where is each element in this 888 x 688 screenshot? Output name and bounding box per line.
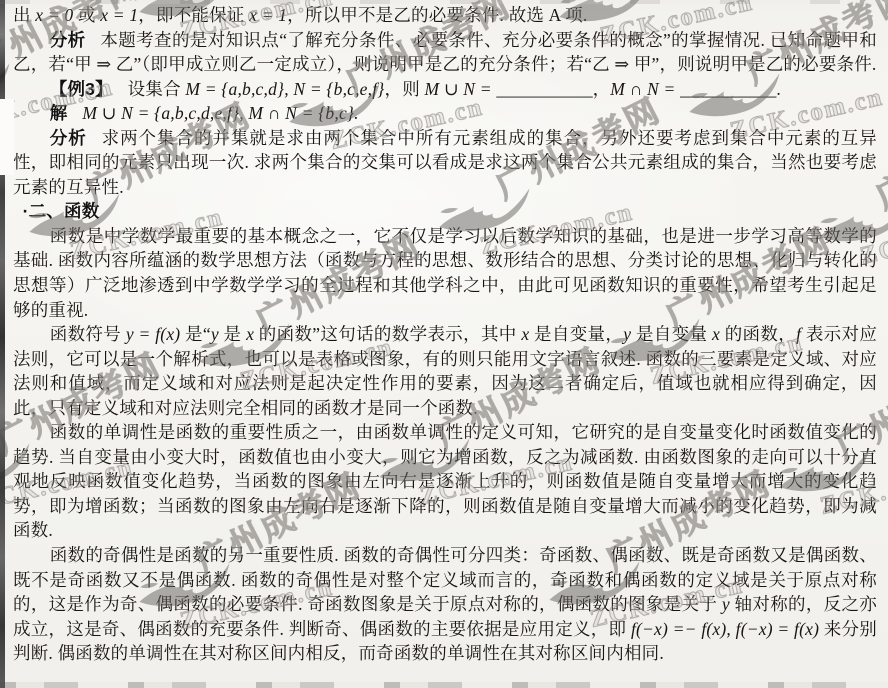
bold-label: 【例3】 xyxy=(50,79,113,99)
text-run: 求两个集合的并集就是求由两个集合中所有元素组成的集合，另外还要考虑到集合中元素的… xyxy=(13,128,877,197)
text-run: 函数是中学数学最重要的基本概念之一，它不仅是学习以后数学知识的基础，也是进一步学… xyxy=(13,226,877,320)
math-run: x = 1 xyxy=(100,5,138,25)
paragraph: 函数的奇偶性是函数的另一重要性质. 函数的奇偶性可分四类：奇函数、偶函数、既是奇… xyxy=(13,543,877,666)
math-run: x xyxy=(712,324,720,344)
scan-edge-artifact xyxy=(0,99,14,175)
math-run: ⇒ xyxy=(614,54,629,74)
text-run: 是自变量， xyxy=(529,324,623,344)
text-run: ，即不能保证 xyxy=(138,5,249,25)
bold-label: 解 xyxy=(50,103,68,123)
text-run: 的函数， xyxy=(720,324,796,344)
math-run: f(−x) =− f(x), f(−x) = f(x) xyxy=(631,619,819,639)
math-run: ⇒ xyxy=(96,54,111,74)
paragraph: 分析求两个集合的并集就是求由两个集合中所有元素组成的集合，另外还要考虑到集合中元… xyxy=(13,126,877,200)
scan-edge-artifact xyxy=(0,0,888,4)
text-run: 或 xyxy=(73,5,100,25)
bold-label: ·二、函数 xyxy=(23,201,100,221)
text-run: ，所以甲不是乙的必要条件. 故选 A 项. xyxy=(287,5,587,25)
text-run: 的函数”这句话的数学表示，其中 xyxy=(254,324,521,344)
text-run: . xyxy=(776,79,781,99)
paragraph: 分析本题考查的是对知识点“了解充分条件、必要条件、充分必要条件的概念”的掌握情况… xyxy=(13,28,877,77)
math-run: M = {a,b,c,d}, N = {b,c,e,f} xyxy=(185,79,384,99)
math-run: x = 1 xyxy=(249,5,287,25)
math-run: M ∪ N = {a,b,c,d,e,f}, M ∩ N = {b,c}. xyxy=(82,103,358,123)
math-run: x xyxy=(246,324,254,344)
paragraph: 函数的单调性是函数的重要性质之一，由函数单调性的定义可知，它研究的是自变量变化时… xyxy=(13,420,877,543)
math-run: y xyxy=(211,324,219,344)
section-heading: ·二、函数 xyxy=(13,199,877,224)
math-run: M ∪ N = xyxy=(424,79,496,99)
text-run: 乙”（即甲成立则乙一定成立），则说明甲是乙的充分条件；若“乙 xyxy=(111,54,614,74)
text-run: ， xyxy=(593,79,611,99)
text-run: 出 xyxy=(13,5,35,25)
paragraph: 函数是中学数学最重要的基本概念之一，它不仅是学习以后数学知识的基础，也是进一步学… xyxy=(13,224,877,322)
scan-edge-artifact xyxy=(0,682,888,688)
text-run: 是 xyxy=(219,324,246,344)
text-run: ，则 xyxy=(385,79,425,99)
text-layer: 出 x = 0 或 x = 1，即不能保证 x = 1，所以甲不是乙的必要条件.… xyxy=(13,3,877,666)
text-run: 是“ xyxy=(180,324,211,344)
text-run: 甲”，则说明甲是乙的必要条件. xyxy=(629,54,876,74)
math-run: x = 0 xyxy=(35,5,73,25)
text-run: 函数的单调性是函数的重要性质之一，由函数单调性的定义可知，它研究的是自变量变化时… xyxy=(13,422,877,540)
text-run: 设集合 xyxy=(128,79,186,99)
paragraph: 解M ∪ N = {a,b,c,d,e,f}, M ∩ N = {b,c}. xyxy=(13,101,877,126)
blank-underline: ___________ xyxy=(680,79,776,99)
paragraph: 出 x = 0 或 x = 1，即不能保证 x = 1，所以甲不是乙的必要条件.… xyxy=(13,3,877,28)
blank-underline: ___________ xyxy=(496,79,592,99)
bold-label: 分析 xyxy=(50,128,87,148)
math-run: M ∩ N = xyxy=(610,79,680,99)
paragraph: 【例3】设集合 M = {a,b,c,d}, N = {b,c,e,f}，则 M… xyxy=(13,77,877,102)
math-run: y xyxy=(722,594,730,614)
text-run: 是自变量 xyxy=(631,324,712,344)
scanned-page: 广州成考网ZCK.com.cn 广州成考网ZCK.com.cn 广州成考网ZCK… xyxy=(0,0,888,688)
paragraph: 函数符号 y = f(x) 是“y 是 x 的函数”这句话的数学表示，其中 x … xyxy=(13,322,877,420)
bold-label: 分析 xyxy=(50,30,86,50)
text-run: 函数符号 xyxy=(50,324,126,344)
math-run: y = f(x) xyxy=(126,324,181,344)
